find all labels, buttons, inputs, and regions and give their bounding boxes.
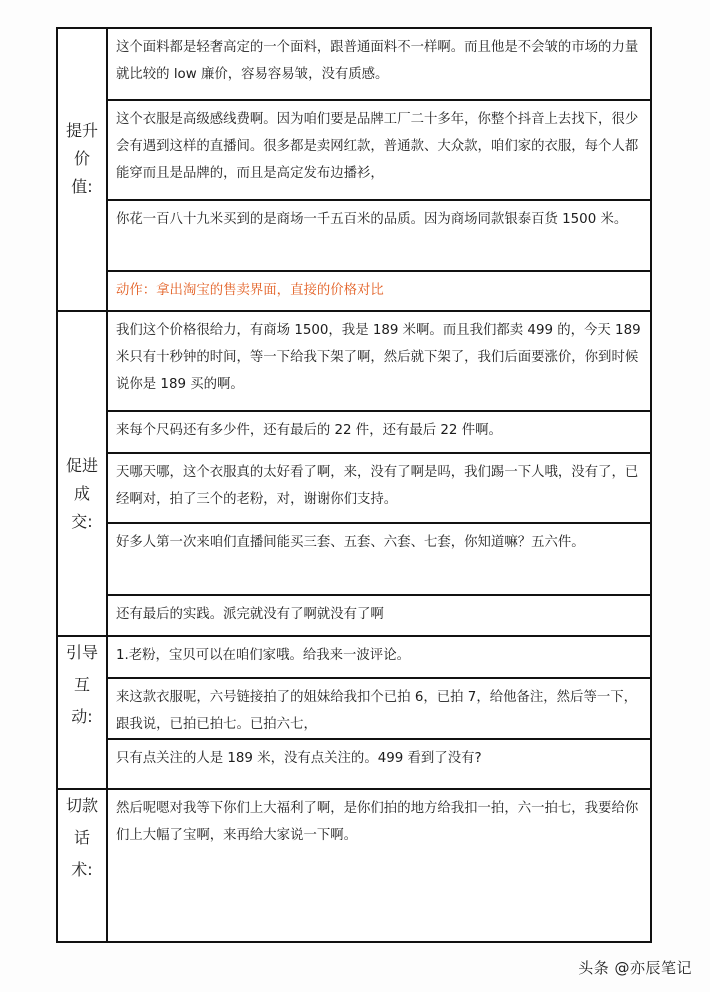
section-close-deal: 促进 成 交: 我们这个价格很给力，有商场 1500，我是 189 米啊。而且我… (58, 310, 650, 635)
script-row: 来这款衣服呢，六号链接拍了的姐妹给我扣个已拍 6，已拍 7，给他备注，然后等一下… (108, 677, 650, 738)
watermark: 头条 @亦辰笔记 (578, 957, 692, 978)
script-row: 只有点关注的人是 189 米，没有点关注的。499 看到了没有? (108, 738, 650, 788)
script-row: 你花一百八十九米买到的是商场一千五百米的品质。因为商场同款银泰百货 1500 米… (108, 199, 650, 270)
action-row: 动作：拿出淘宝的售卖界面，直接的价格对比 (108, 270, 650, 310)
script-row: 还有最后的实践。派完就没有了啊就没有了啊 (108, 594, 650, 635)
script-row: 来每个尺码还有多少件，还有最后的 22 件，还有最后 22 件啊。 (108, 410, 650, 452)
script-row: 我们这个价格很给力，有商场 1500，我是 189 米啊。而且我们都卖 499 … (108, 312, 650, 410)
script-row: 这个衣服是高级感线费啊。因为咱们要是品牌工厂二十多年，你整个抖音上去找下，很少会… (108, 99, 650, 199)
section-label: 促进 成 交: (58, 312, 108, 635)
section-label: 引导 互 动: (58, 637, 108, 788)
script-row: 然后呢嗯对我等下你们上大福利了啊，是你们拍的地方给我扣一拍，六一拍七，我要给你们… (108, 790, 650, 941)
section-enhance-value: 提升 价 值: 这个面料都是轻奢高定的一个面料，跟普通面料不一样啊。而且他是不会… (58, 29, 650, 310)
script-row: 1.老粉，宝贝可以在咱们家哦。给我来一波评论。 (108, 637, 650, 677)
script-row: 天哪天哪，这个衣服真的太好看了啊，来，没有了啊是吗，我们踢一下人哦，没有了，已经… (108, 452, 650, 522)
script-row: 这个面料都是轻奢高定的一个面料，跟普通面料不一样啊。而且他是不会皱的市场的力量就… (108, 29, 650, 99)
section-switch-product: 切款 话 术: 然后呢嗯对我等下你们上大福利了啊，是你们拍的地方给我扣一拍，六一… (58, 788, 650, 941)
document-page: 提升 价 值: 这个面料都是轻奢高定的一个面料，跟普通面料不一样啊。而且他是不会… (0, 0, 710, 992)
section-label: 切款 话 术: (58, 790, 108, 941)
section-label: 提升 价 值: (58, 29, 108, 310)
section-guide-interaction: 引导 互 动: 1.老粉，宝贝可以在咱们家哦。给我来一波评论。 来这款衣服呢，六… (58, 635, 650, 788)
script-row: 好多人第一次来咱们直播间能买三套、五套、六套、七套，你知道嘛？五六件。 (108, 522, 650, 594)
script-table: 提升 价 值: 这个面料都是轻奢高定的一个面料，跟普通面料不一样啊。而且他是不会… (56, 27, 652, 943)
